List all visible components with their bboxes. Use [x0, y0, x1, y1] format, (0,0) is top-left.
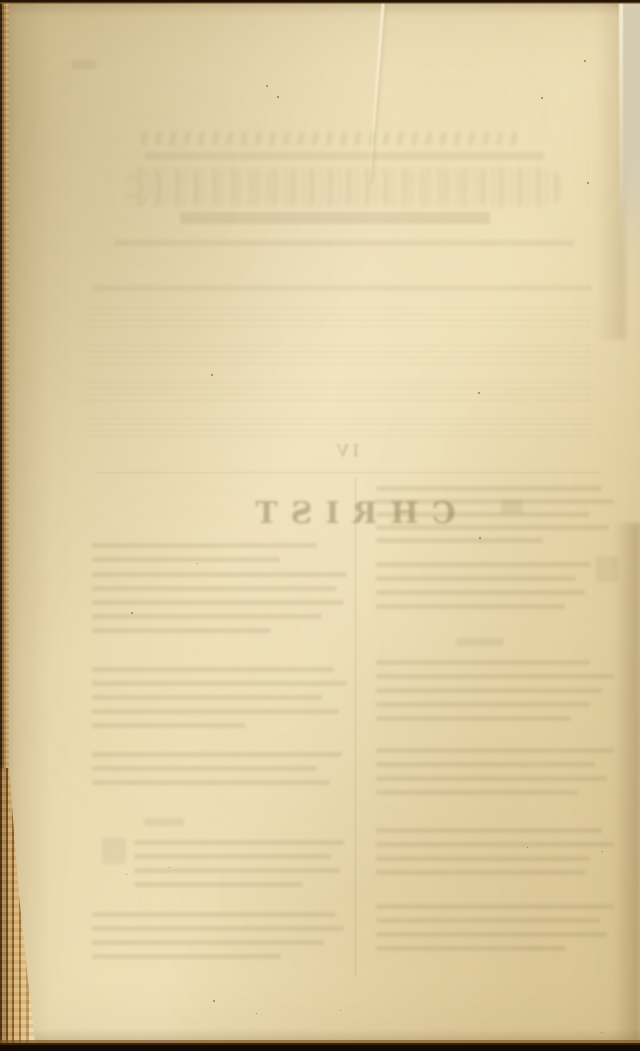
- showthrough-text-line: [72, 60, 96, 69]
- showthrough-text-line: [376, 590, 585, 595]
- foxing-speck: [602, 851, 603, 852]
- showthrough-text-line: [92, 614, 322, 619]
- showthrough-header-flourish: [134, 132, 524, 145]
- foxing-speck: [601, 1032, 602, 1033]
- foxing-speck: [541, 97, 543, 99]
- showthrough-text-line: [92, 709, 339, 714]
- foxing-speck: [478, 392, 480, 394]
- foxing-speck: [340, 1010, 341, 1011]
- showthrough-text-line: [376, 499, 614, 504]
- showthrough-paragraph: [92, 912, 344, 968]
- showthrough-text-line: [376, 576, 576, 581]
- showthrough-text-line: [92, 954, 281, 959]
- showthrough-text-line: [376, 538, 543, 543]
- showthrough-paragraph: [376, 562, 591, 618]
- showthrough-paragraph: [134, 840, 344, 896]
- showthrough-text-line: [376, 660, 590, 665]
- showthrough-text-line: [92, 940, 324, 945]
- showthrough-text-line: [92, 572, 347, 577]
- showthrough-paragraph: [180, 212, 490, 224]
- showthrough-text-line: [92, 926, 344, 931]
- showthrough-text-line: [376, 525, 609, 530]
- foxing-speck: [256, 1013, 257, 1014]
- showthrough-paragraph: [376, 828, 614, 884]
- showthrough-text-line: [102, 838, 126, 864]
- showthrough-paragraph: [92, 543, 342, 571]
- showthrough-paragraph: [92, 285, 592, 291]
- foxing-speck: [266, 85, 268, 87]
- adjacent-page-edge: [622, 0, 640, 280]
- showthrough-paragraph: [92, 667, 347, 737]
- showthrough-paragraph: [456, 638, 504, 646]
- book-top-edge: [0, 0, 640, 4]
- showthrough-text-line: [376, 904, 614, 909]
- showthrough-text-line: [376, 828, 602, 833]
- showthrough-paragraph: [72, 60, 96, 69]
- showthrough-text-line: [92, 766, 317, 771]
- showthrough-paragraph: [144, 152, 544, 160]
- showthrough-paragraph: [144, 818, 184, 826]
- showthrough-text-line: [92, 557, 280, 562]
- showthrough-stave: [84, 413, 592, 437]
- showthrough-text-line: [376, 870, 585, 875]
- foxing-speck: [587, 182, 589, 184]
- showthrough-text-line: [92, 681, 347, 686]
- showthrough-text-line: [92, 586, 337, 591]
- foxing-speck: [131, 612, 133, 614]
- foxing-speck: [169, 867, 170, 868]
- showthrough-text-line: [92, 628, 271, 633]
- showthrough-text-line: [376, 842, 614, 847]
- showthrough-text-line: [134, 868, 340, 873]
- foxing-speck: [126, 874, 127, 875]
- showthrough-text-line: [144, 152, 544, 160]
- showthrough-text-line: [92, 543, 317, 548]
- showthrough-paragraph: [92, 572, 347, 642]
- showthrough-text-line: [92, 667, 334, 672]
- right-edge-shadow: [614, 523, 640, 1043]
- showthrough-text-line: [134, 882, 302, 887]
- showthrough-stave: [84, 377, 592, 401]
- showthrough-text-line: [376, 776, 607, 781]
- showthrough-text-line: [376, 604, 565, 609]
- showthrough-paragraph: [376, 660, 614, 730]
- showthrough-text-line: [376, 702, 590, 707]
- showthrough-text-line: [376, 716, 571, 721]
- showthrough-headpiece-ornament: [124, 168, 564, 206]
- foxing-speck: [211, 374, 213, 376]
- showthrough-text-line: [92, 285, 592, 291]
- showthrough-text-line: [376, 562, 591, 567]
- page-edge-highlight: [619, 0, 623, 230]
- showthrough-text-line: [376, 856, 590, 861]
- showthrough-text-line: [376, 486, 602, 491]
- showthrough-text-line: [180, 212, 490, 224]
- showthrough-text-line: [376, 688, 602, 693]
- foxing-speck: [527, 847, 528, 848]
- foxing-speck: [213, 1000, 215, 1002]
- showthrough-text-line: [92, 752, 342, 757]
- showthrough-stave: [84, 303, 592, 327]
- showthrough-section-number: IV: [326, 441, 366, 460]
- showthrough-paragraph: [102, 838, 126, 864]
- showthrough-text-line: [134, 840, 344, 845]
- showthrough-text-line: [114, 240, 574, 246]
- foxing-speck: [584, 60, 586, 62]
- showthrough-text-line: [376, 762, 595, 767]
- showthrough-text-line: [92, 695, 322, 700]
- showthrough-text-line: [92, 912, 336, 917]
- showthrough-text-line: [92, 600, 344, 605]
- book-scan: IV CHRIST: [0, 0, 640, 1051]
- foxing-speck: [479, 537, 481, 539]
- showthrough-text-line: [92, 780, 330, 785]
- showthrough-horizontal-rule: [96, 472, 601, 473]
- book-bottom-edge: [0, 1040, 640, 1051]
- showthrough-text-line: [376, 748, 614, 753]
- showthrough-text-line: [376, 790, 578, 795]
- showthrough-text-line: [376, 674, 614, 679]
- showthrough-text-line: [376, 918, 600, 923]
- showthrough-text-line: [376, 946, 566, 951]
- showthrough-stave: [84, 340, 592, 364]
- showthrough-text-line: [376, 932, 607, 937]
- showthrough-paragraph: [376, 748, 614, 804]
- showthrough-text-line: [134, 854, 331, 859]
- showthrough-text-line: [376, 512, 590, 517]
- showthrough-text-line: [92, 723, 245, 728]
- foxing-speck: [197, 563, 198, 564]
- showthrough-text-line: [144, 818, 184, 826]
- showthrough-paragraph: [376, 904, 614, 960]
- showthrough-paragraph: [92, 752, 342, 794]
- blank-book-page: IV CHRIST: [4, 0, 640, 1051]
- showthrough-paragraph: [114, 240, 574, 246]
- showthrough-column-divider: [355, 478, 356, 975]
- showthrough-paragraph: [376, 486, 614, 551]
- foxing-speck: [277, 96, 279, 98]
- showthrough-text-line: [456, 638, 504, 646]
